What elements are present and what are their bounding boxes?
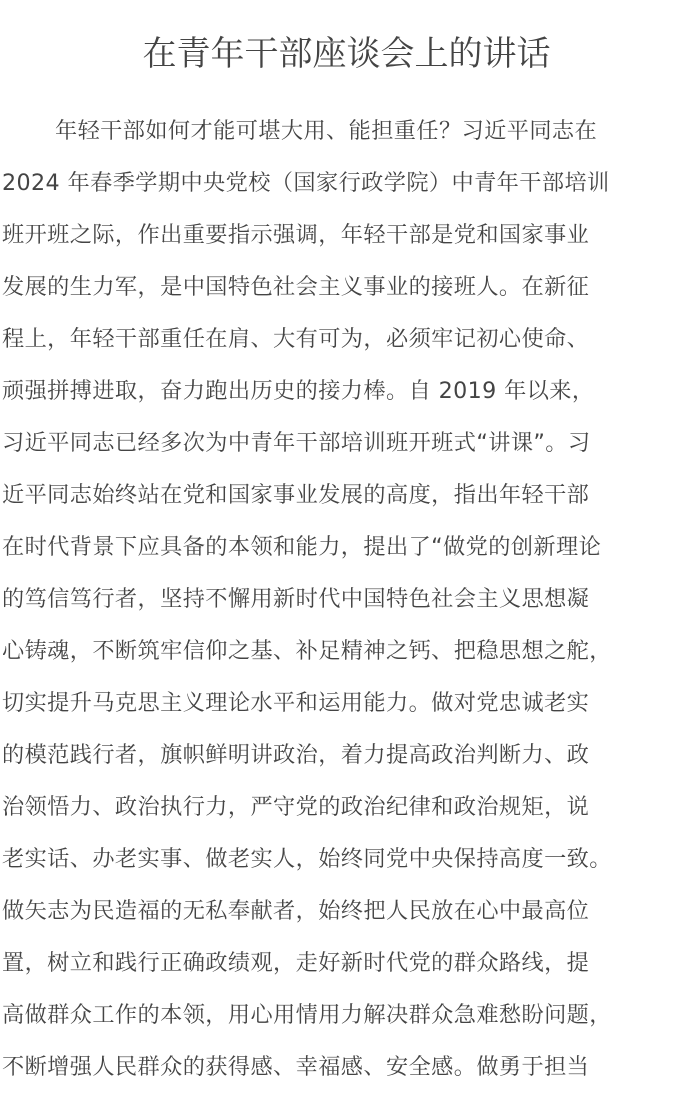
paragraph-line: 切实提升马克思主义理论水平和运用能力。做对党忠诚老实 — [2, 677, 693, 729]
article: 在青年干部座谈会上的讲话 年轻干部如何才能可堪大用、能担重任？习近平同志在 20… — [0, 0, 693, 78]
paragraph-line: 置，树立和践行正确政绩观，走好新时代党的群众路线，提 — [2, 937, 693, 989]
paragraph-line: 程上，年轻干部重任在肩、大有可为，必须牢记初心使命、 — [2, 313, 693, 365]
paragraph-line: 2024 年春季学期中央党校（国家行政学院）中青年干部培训 — [2, 157, 693, 209]
paragraph-line: 心铸魂，不断筑牢信仰之基、补足精神之钙、把稳思想之舵， — [2, 625, 693, 677]
paragraph-line: 做矢志为民造福的无私奉献者，始终把人民放在心中最高位 — [2, 885, 693, 937]
article-title: 在青年干部座谈会上的讲话 — [0, 0, 693, 78]
paragraph-line: 在时代背景下应具备的本领和能力，提出了“做党的创新理论 — [2, 521, 693, 573]
paragraph-line: 班开班之际，作出重要指示强调，年轻干部是党和国家事业 — [2, 209, 693, 261]
paragraph-line: 近平同志始终站在党和国家事业发展的高度，指出年轻干部 — [2, 469, 693, 521]
article-paragraph: 年轻干部如何才能可堪大用、能担重任？习近平同志在 2024 年春季学期中央党校（… — [2, 105, 693, 1093]
paragraph-line: 的模范践行者，旗帜鲜明讲政治，着力提高政治判断力、政 — [2, 729, 693, 781]
paragraph-line: 年轻干部如何才能可堪大用、能担重任？习近平同志在 — [2, 105, 693, 157]
paragraph-line: 顽强拼搏进取，奋力跑出历史的接力棒。自 2019 年以来， — [2, 365, 693, 417]
paragraph-line: 习近平同志已经多次为中青年干部培训班开班式“讲课”。习 — [2, 417, 693, 469]
paragraph-line: 老实话、办老实事、做老实人，始终同党中央保持高度一致。 — [2, 833, 693, 885]
paragraph-line: 治领悟力、政治执行力，严守党的政治纪律和政治规矩，说 — [2, 781, 693, 833]
paragraph-line: 不断增强人民群众的获得感、幸福感、安全感。做勇于担当 — [2, 1041, 693, 1093]
paragraph-line: 高做群众工作的本领，用心用情用力解决群众急难愁盼问题， — [2, 989, 693, 1041]
paragraph-line: 的笃信笃行者，坚持不懈用新时代中国特色社会主义思想凝 — [2, 573, 693, 625]
paragraph-line: 发展的生力军，是中国特色社会主义事业的接班人。在新征 — [2, 261, 693, 313]
